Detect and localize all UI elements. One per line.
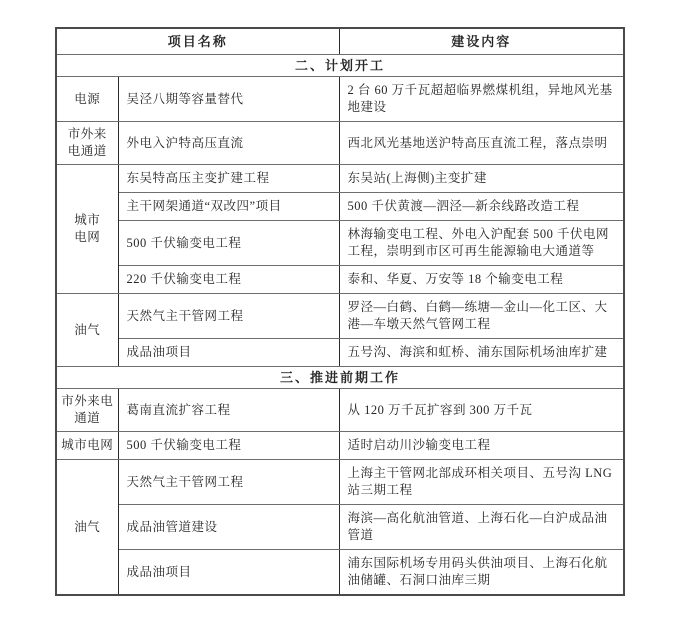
header-row: 项目名称 建设内容 bbox=[56, 28, 624, 55]
table-row: 220 千伏输变电工程泰和、华夏、万安等 18 个输变电工程 bbox=[56, 266, 624, 294]
content-cell: 上海主干管网北部成环相关项目、五号沟 LNG 站三期工程 bbox=[339, 460, 624, 505]
table-header: 项目名称 建设内容 bbox=[56, 28, 624, 55]
project-name-cell: 葛南直流扩容工程 bbox=[118, 389, 339, 432]
header-construction-content: 建设内容 bbox=[339, 28, 624, 55]
header-project-name: 项目名称 bbox=[56, 28, 339, 55]
section-title: 三、推进前期工作 bbox=[56, 367, 624, 389]
category-cell: 市外来电通道 bbox=[56, 389, 118, 432]
table-row: 500 千伏输变电工程林海输变电工程、外电入沪配套 500 千伏电网工程，崇明到… bbox=[56, 221, 624, 266]
table-row: 市外来电通道葛南直流扩容工程从 120 万千瓦扩容到 300 万千瓦 bbox=[56, 389, 624, 432]
category-line: 油气 bbox=[74, 323, 100, 337]
document-page: 项目名称 建设内容 二、计划开工电源吴泾八期等容量替代2 台 60 万千瓦超超临… bbox=[0, 0, 676, 618]
content-cell: 海滨—高化航油管道、上海石化—白沪成品油管道 bbox=[339, 505, 624, 550]
section-title: 二、计划开工 bbox=[56, 55, 624, 77]
category-line: 电源 bbox=[74, 92, 100, 106]
project-name-cell: 天然气主干管网工程 bbox=[118, 294, 339, 339]
project-name-cell: 220 千伏输变电工程 bbox=[118, 266, 339, 294]
table-row: 城市电网500 千伏输变电工程适时启动川沙输变电工程 bbox=[56, 432, 624, 460]
category-line: 油气 bbox=[74, 520, 100, 534]
project-name-cell: 500 千伏输变电工程 bbox=[118, 221, 339, 266]
table-row: 成品油管道建设海滨—高化航油管道、上海石化—白沪成品油管道 bbox=[56, 505, 624, 550]
content-cell: 泰和、华夏、万安等 18 个输变电工程 bbox=[339, 266, 624, 294]
table-row: 电源吴泾八期等容量替代2 台 60 万千瓦超超临界燃煤机组，异地风光基地建设 bbox=[56, 77, 624, 122]
category-cell: 城市电网 bbox=[56, 432, 118, 460]
category-cell: 电源 bbox=[56, 77, 118, 122]
content-cell: 2 台 60 万千瓦超超临界燃煤机组，异地风光基地建设 bbox=[339, 77, 624, 122]
category-cell: 油气 bbox=[56, 460, 118, 596]
table-row: 成品油项目浦东国际机场专用码头供油项目、上海石化航油储罐、石洞口油库三期 bbox=[56, 550, 624, 596]
category-line: 电通道 bbox=[68, 144, 107, 158]
project-name-cell: 东吴特高压主变扩建工程 bbox=[118, 165, 339, 193]
category-line: 市外来 bbox=[68, 127, 107, 141]
table-body: 二、计划开工电源吴泾八期等容量替代2 台 60 万千瓦超超临界燃煤机组，异地风光… bbox=[56, 55, 624, 596]
content-cell: 罗泾—白鹤、白鹤—练塘—金山—化工区、大港—车墩天然气管网工程 bbox=[339, 294, 624, 339]
project-name-cell: 吴泾八期等容量替代 bbox=[118, 77, 339, 122]
table-row: 油气天然气主干管网工程罗泾—白鹤、白鹤—练塘—金山—化工区、大港—车墩天然气管网… bbox=[56, 294, 624, 339]
category-line: 通道 bbox=[74, 411, 100, 425]
project-name-cell: 成品油项目 bbox=[118, 550, 339, 596]
content-cell: 500 千伏黄渡—泗泾—新余线路改造工程 bbox=[339, 193, 624, 221]
project-name-cell: 500 千伏输变电工程 bbox=[118, 432, 339, 460]
table-row: 油气天然气主干管网工程上海主干管网北部成环相关项目、五号沟 LNG 站三期工程 bbox=[56, 460, 624, 505]
section-header-row: 二、计划开工 bbox=[56, 55, 624, 77]
content-cell: 适时启动川沙输变电工程 bbox=[339, 432, 624, 460]
table-row: 主干网架通道“双改四”项目500 千伏黄渡—泗泾—新余线路改造工程 bbox=[56, 193, 624, 221]
project-name-cell: 成品油项目 bbox=[118, 339, 339, 367]
content-cell: 浦东国际机场专用码头供油项目、上海石化航油储罐、石洞口油库三期 bbox=[339, 550, 624, 596]
project-name-cell: 外电入沪特高压直流 bbox=[118, 122, 339, 165]
table-row: 成品油项目五号沟、海滨和虹桥、浦东国际机场油库扩建 bbox=[56, 339, 624, 367]
category-cell: 油气 bbox=[56, 294, 118, 367]
content-cell: 林海输变电工程、外电入沪配套 500 千伏电网工程，崇明到市区可再生能源输电大通… bbox=[339, 221, 624, 266]
projects-table: 项目名称 建设内容 二、计划开工电源吴泾八期等容量替代2 台 60 万千瓦超超临… bbox=[55, 27, 625, 596]
content-cell: 五号沟、海滨和虹桥、浦东国际机场油库扩建 bbox=[339, 339, 624, 367]
category-line: 城市电网 bbox=[61, 438, 113, 452]
category-cell: 市外来电通道 bbox=[56, 122, 118, 165]
category-line: 市外来电 bbox=[61, 394, 113, 408]
project-name-cell: 成品油管道建设 bbox=[118, 505, 339, 550]
table-row: 市外来电通道外电入沪特高压直流西北风光基地送沪特高压直流工程，落点崇明 bbox=[56, 122, 624, 165]
project-name-cell: 主干网架通道“双改四”项目 bbox=[118, 193, 339, 221]
table-row: 城市电网东吴特高压主变扩建工程东吴站(上海侧)主变扩建 bbox=[56, 165, 624, 193]
content-cell: 东吴站(上海侧)主变扩建 bbox=[339, 165, 624, 193]
content-cell: 西北风光基地送沪特高压直流工程，落点崇明 bbox=[339, 122, 624, 165]
category-line: 电网 bbox=[74, 230, 100, 244]
category-line: 城市 bbox=[74, 213, 100, 227]
content-cell: 从 120 万千瓦扩容到 300 万千瓦 bbox=[339, 389, 624, 432]
category-cell: 城市电网 bbox=[56, 165, 118, 294]
project-name-cell: 天然气主干管网工程 bbox=[118, 460, 339, 505]
section-header-row: 三、推进前期工作 bbox=[56, 367, 624, 389]
